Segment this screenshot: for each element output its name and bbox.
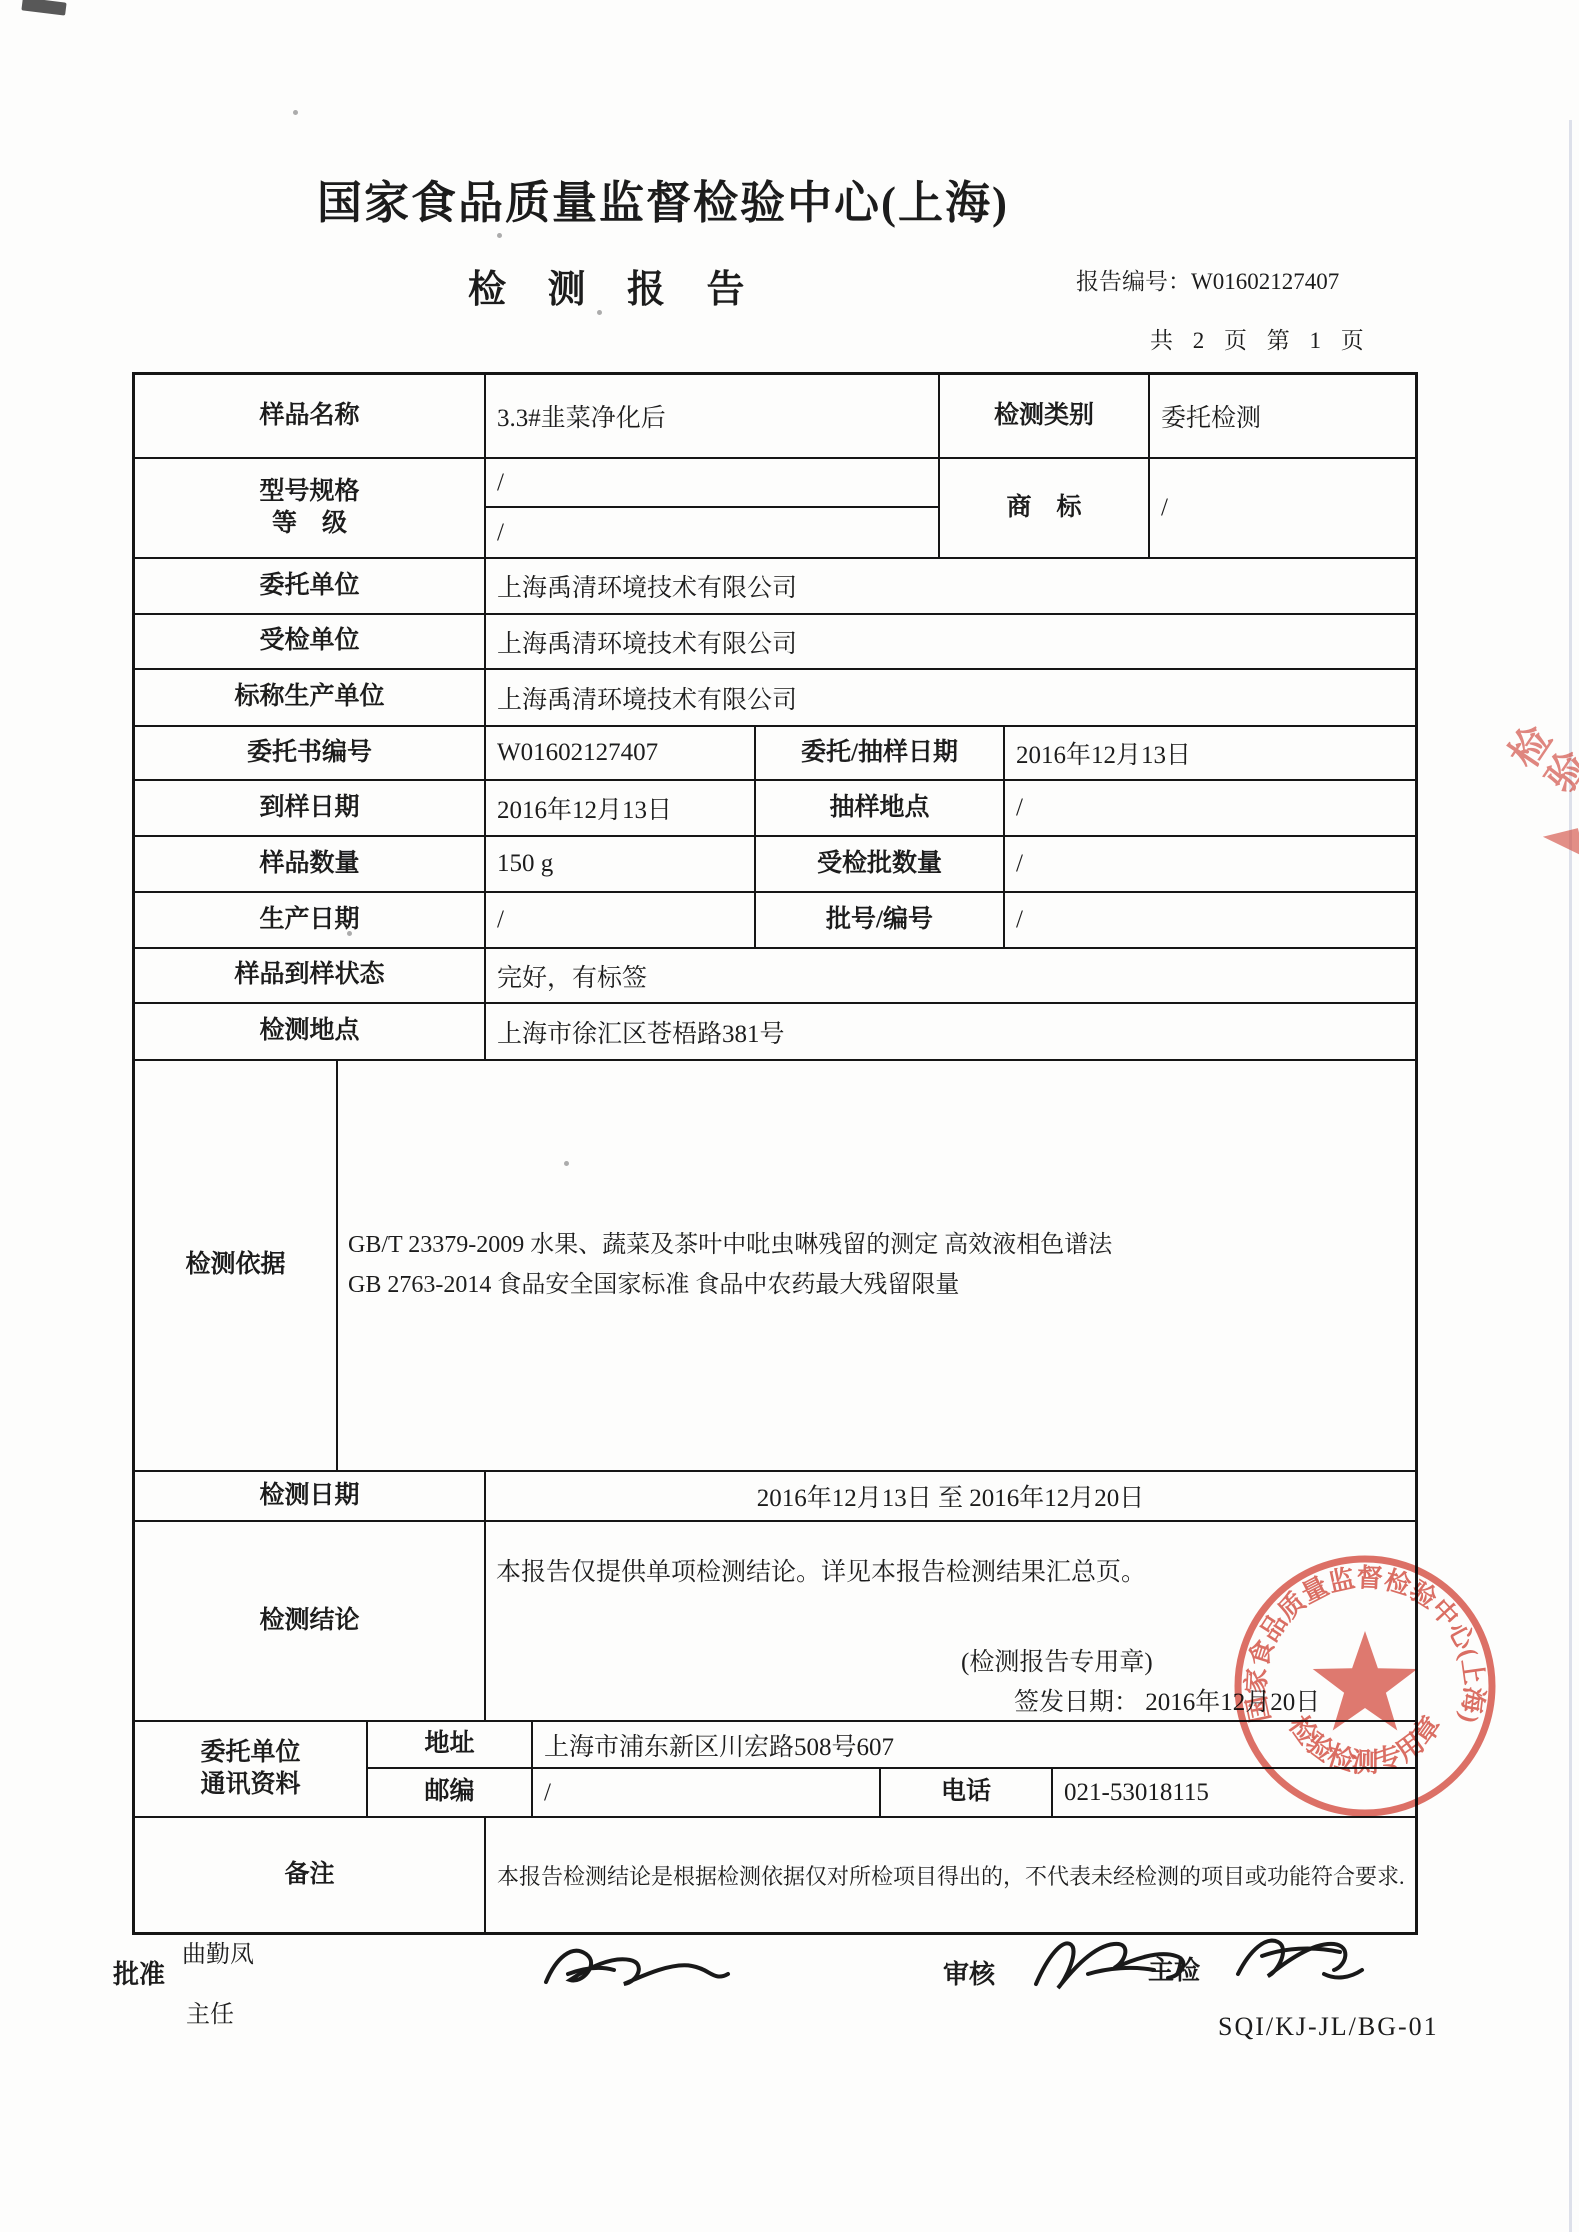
inspected-value: 上海禹清环境技术有限公司: [486, 615, 1415, 668]
basis-line-1: GB/T 23379-2009 水果、蔬菜及茶叶中吡虫啉残留的测定 高效液相色谱…: [348, 1226, 1112, 1266]
table-row: 样品到样状态 完好，有标签: [135, 949, 1415, 1004]
sample-name-label: 样品名称: [135, 375, 486, 457]
table-row: 检测依据 GB/T 23379-2009 水果、蔬菜及茶叶中吡虫啉残留的测定 高…: [135, 1061, 1415, 1472]
sampling-place-label: 抽样地点: [756, 781, 1005, 835]
review-label: 审核: [943, 1954, 995, 1991]
stamp-bottom-text: 检验检测专用章: [1283, 1710, 1447, 1777]
conclusion-label: 检测结论: [135, 1522, 486, 1720]
table-row: 委托书编号 W01602127407 委托/抽样日期 2016年12月13日: [135, 727, 1415, 781]
address-label: 地址: [368, 1722, 533, 1767]
table-row: 型号规格 等 级 / / 商 标 /: [135, 459, 1415, 559]
order-no-value: W01602127407: [486, 727, 756, 779]
order-no-label: 委托书编号: [135, 727, 486, 779]
seal-note: (检测报告专用章): [961, 1642, 1153, 1678]
condition-value: 完好，有标签: [486, 949, 1415, 1002]
batch-qty-label: 受检批数量: [756, 837, 1005, 891]
stamp-star-icon: [1313, 1631, 1418, 1731]
client-value: 上海禹清环境技术有限公司: [486, 559, 1415, 613]
contact-label: 委托单位 通讯资料: [135, 1722, 368, 1816]
spec-value-2: /: [486, 508, 938, 557]
category-value: 委托检测: [1150, 375, 1415, 457]
arrival-date-label: 到样日期: [135, 781, 486, 835]
batch-qty-value: /: [1005, 837, 1415, 891]
approver-name: 曲勤凤: [182, 1934, 254, 1969]
spec-label-line1: 型号规格: [259, 476, 359, 509]
doc-code: SQI/KJ-JL/BG-01: [1218, 2012, 1439, 2042]
test-place-value: 上海市徐汇区苍梧路381号: [486, 1004, 1415, 1059]
inspector-signature: [1228, 1926, 1378, 1998]
producer-value: 上海禹清环境技术有限公司: [486, 670, 1415, 725]
sampling-place-value: /: [1005, 781, 1415, 835]
table-row: 检测地点 上海市徐汇区苍梧路381号: [135, 1004, 1415, 1061]
page-info: 共 2 页 第 1 页: [1150, 322, 1371, 355]
org-title: 国家食品质量监督检验中心(上海): [283, 166, 1043, 231]
table-row: 到样日期 2016年12月13日 抽样地点 /: [135, 781, 1415, 837]
production-date-label: 生产日期: [135, 893, 486, 947]
spec-label: 型号规格 等 级: [135, 459, 486, 557]
report-page: 国家食品质量监督检验中心(上海) 检 测 报 告 报告编号：W016021274…: [0, 0, 1579, 2232]
production-date-value: /: [486, 893, 756, 947]
approver-signature: [540, 1938, 740, 2002]
trademark-value: /: [1150, 459, 1415, 557]
svg-text:检验检测专用章: 检验检测专用章: [1283, 1710, 1447, 1777]
spec-label-line2: 等 级: [259, 508, 359, 541]
test-place-label: 检测地点: [135, 1004, 486, 1059]
batch-no-label: 批号/编号: [756, 893, 1005, 947]
postcode-value: /: [533, 1769, 881, 1816]
contact-label-line2: 通讯资料: [200, 1769, 300, 1802]
inspect-label: 主检: [1148, 1950, 1200, 1987]
commission-date-label: 委托/抽样日期: [756, 727, 1005, 779]
table-row: 生产日期 / 批号/编号 /: [135, 893, 1415, 949]
basis-value: GB/T 23379-2009 水果、蔬菜及茶叶中吡虫啉残留的测定 高效液相色谱…: [338, 1061, 1415, 1470]
table-row: 标称生产单位 上海禹清环境技术有限公司: [135, 670, 1415, 727]
spec-values: / /: [486, 459, 940, 557]
edge-stamp-fragment-wedge: [1543, 828, 1579, 866]
postcode-label: 邮编: [368, 1769, 533, 1816]
scan-speck: [497, 233, 502, 238]
remark-label: 备注: [135, 1818, 486, 1932]
table-row: 检测日期 2016年12月13日 至 2016年12月20日: [135, 1472, 1415, 1522]
issue-date-label: 签发日期：: [1014, 1689, 1139, 1716]
trademark-label: 商 标: [940, 459, 1150, 557]
spec-value-1: /: [486, 459, 938, 508]
scan-speck: [293, 110, 298, 115]
conclusion-text: 本报告仅提供单项检测结论。详见本报告检测结果汇总页。: [496, 1552, 1146, 1588]
quantity-value: 150 g: [486, 837, 756, 891]
table-row: 委托单位 上海禹清环境技术有限公司: [135, 559, 1415, 615]
report-number-label: 报告编号：: [1076, 269, 1191, 294]
commission-date-value: 2016年12月13日: [1005, 727, 1415, 779]
report-number-value: W01602127407: [1191, 269, 1339, 294]
category-label: 检测类别: [940, 375, 1150, 457]
approve-label: 批准: [113, 1954, 165, 1991]
condition-label: 样品到样状态: [135, 949, 486, 1002]
inspected-label: 受检单位: [135, 615, 486, 668]
approver-title: 主任: [186, 1994, 234, 2029]
table-row: 样品名称 3.3#韭菜净化后 检测类别 委托检测: [135, 375, 1415, 459]
report-number: 报告编号：W01602127407: [1076, 263, 1339, 296]
quantity-label: 样品数量: [135, 837, 486, 891]
contact-label-line1: 委托单位: [200, 1737, 300, 1770]
phone-label: 电话: [881, 1769, 1053, 1816]
client-label: 委托单位: [135, 559, 486, 613]
test-date-value: 2016年12月13日 至 2016年12月20日: [486, 1472, 1415, 1520]
producer-label: 标称生产单位: [135, 670, 486, 725]
batch-no-value: /: [1005, 893, 1415, 947]
arrival-date-value: 2016年12月13日: [486, 781, 756, 835]
edge-stamp-fragment: 检验: [1501, 702, 1579, 819]
test-date-label: 检测日期: [135, 1472, 486, 1520]
doc-subtitle: 检 测 报 告: [468, 258, 761, 313]
basis-line-2: GB 2763-2014 食品安全国家标准 食品中农药最大残留限量: [348, 1266, 1112, 1306]
page-edge-shadow: [1569, 120, 1572, 2232]
table-row: 受检单位 上海禹清环境技术有限公司: [135, 615, 1415, 670]
table-row: 样品数量 150 g 受检批数量 /: [135, 837, 1415, 893]
basis-label: 检测依据: [135, 1061, 338, 1470]
scan-corner-mark: [21, 0, 66, 16]
sample-name-value: 3.3#韭菜净化后: [486, 375, 940, 457]
inspection-seal-stamp: 国家食品质量监督检验中心(上海) 检验检测专用章: [1205, 1526, 1525, 1846]
